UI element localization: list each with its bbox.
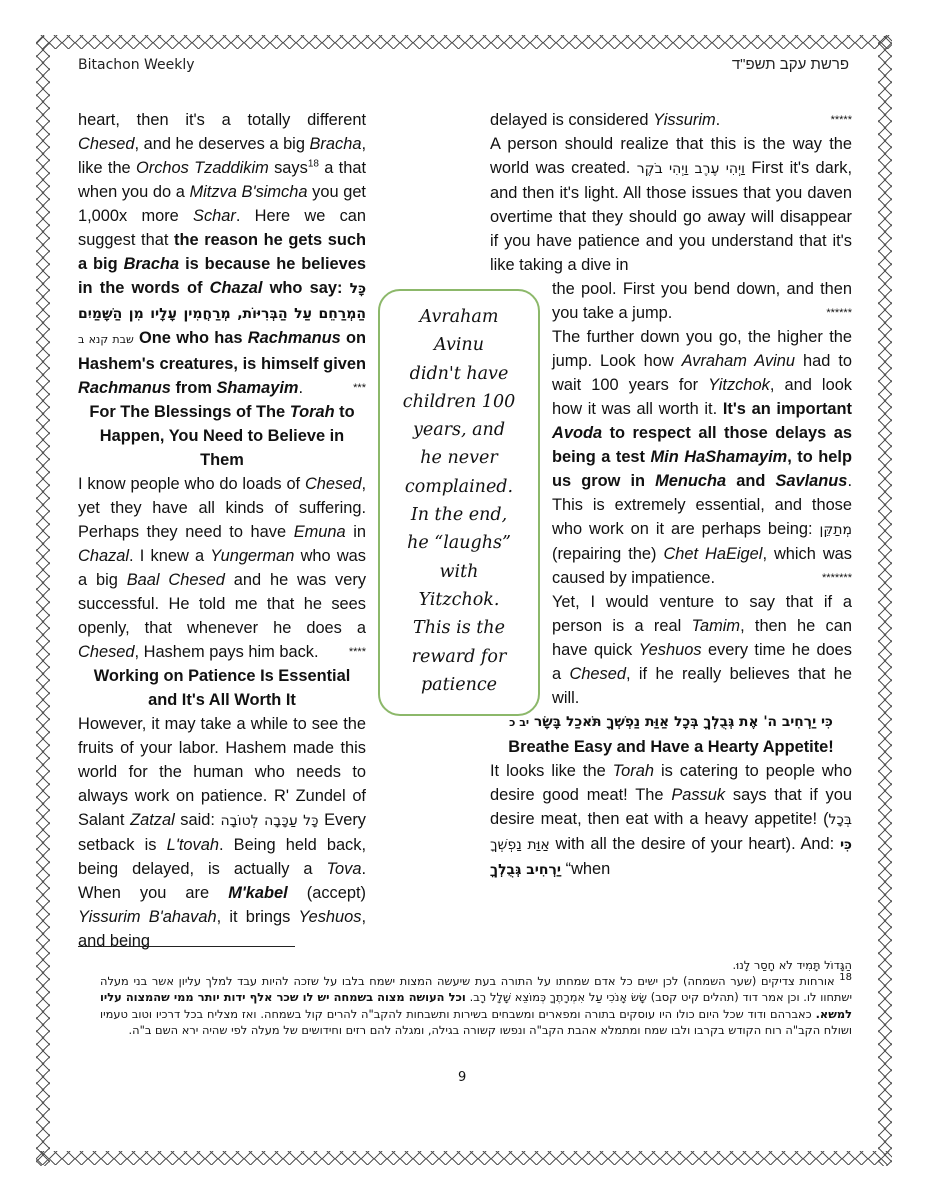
paragraph: It looks like the Torah is catering to p…	[490, 759, 852, 882]
footnote-number: 18	[839, 972, 852, 983]
section-separator: ******	[826, 301, 852, 325]
section-separator: ***	[353, 376, 366, 400]
pasuk-quote: כִּי יַרְחִיב ה' אֶת גְּבֻלְךָ בְּכָל אַ…	[490, 710, 852, 735]
paragraph: The further down you go, the higher the …	[552, 325, 852, 590]
pasuk-source: יב כ	[509, 716, 529, 729]
section-heading: For The Blessings of The Torah to Happen…	[78, 400, 366, 472]
footnote-ref[interactable]: 18	[308, 159, 319, 170]
page-border-right	[878, 36, 892, 1166]
wrapped-text-block: the pool. First you bend down, and then …	[552, 277, 852, 710]
paragraph: heart, then it's a totally different Che…	[78, 108, 366, 400]
page-border-left	[36, 36, 50, 1166]
section-separator: ****	[349, 640, 366, 664]
paragraph: the pool. First you bend down, and then …	[552, 277, 852, 325]
paragraph: A person should realize that this is the…	[490, 132, 852, 277]
left-column: heart, then it's a totally different Che…	[78, 108, 366, 953]
parsha-title: פרשת עקב תשפ"ד	[732, 56, 849, 73]
hebrew-quote: וַיְהִי עֶרֶב וַיְהִי בֹקֶר	[637, 161, 745, 177]
hebrew-quote: מְתַקֵּן	[820, 522, 852, 538]
section-heading: Breathe Easy and Have a Hearty Appetite!	[490, 735, 852, 759]
section-heading: Working on Patience Is Essential and It'…	[78, 664, 366, 712]
section-separator: *******	[822, 566, 852, 590]
paragraph: delayed is considered Yissurim.*****	[490, 108, 852, 132]
publication-title: Bitachon Weekly	[78, 57, 195, 73]
hebrew-source: שבת קנא ב	[78, 333, 134, 346]
section-separator: *****	[831, 108, 852, 132]
right-column: delayed is considered Yissurim.***** A p…	[490, 108, 852, 882]
paragraph: However, it may take a while to see the …	[78, 712, 366, 953]
page-number: 9	[458, 1070, 466, 1085]
page-border-bottom	[36, 1151, 892, 1165]
paragraph: I know people who do loads of Chesed, ye…	[78, 472, 366, 664]
page-border-top	[36, 35, 892, 49]
footnote-separator	[78, 946, 295, 947]
footnote: הַגָּדוֹל תָּמִיד לֹא חָסַר לָנוּ. 18 או…	[100, 957, 852, 1038]
hebrew-quote: כָּל עַכָּבָה לְטוֹבָה	[221, 813, 319, 829]
paragraph: Yet, I would venture to say that if a pe…	[552, 590, 852, 710]
